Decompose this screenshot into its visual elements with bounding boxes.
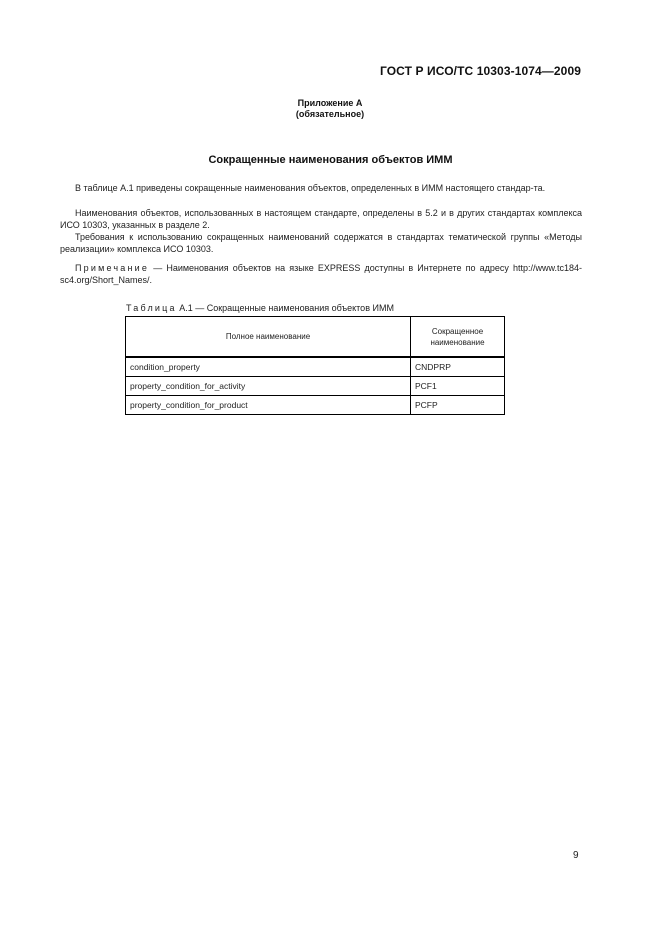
document-code: ГОСТ Р ИСО/ТС 10303-1074—2009 [380,64,581,78]
table-row: condition_property CNDPRP [126,357,505,377]
table-row: property_condition_for_product PCFP [126,396,505,415]
table-row: property_condition_for_activity PCF1 [126,377,505,396]
full-name-cell: condition_property [126,357,411,377]
table-caption: Таблица А.1 — Сокращенные наименования о… [126,303,394,313]
full-name-cell: property_condition_for_product [126,396,411,415]
appendix-status: (обязательное) [250,109,410,120]
full-name-cell: property_condition_for_activity [126,377,411,396]
page-number: 9 [573,850,579,861]
short-names-table: Полное наименование Сокращенное наименов… [125,316,505,415]
note: Примечание — Наименования объектов на яз… [60,262,582,286]
short-name-cell: PCF1 [411,377,505,396]
appendix-title: Приложение А [250,98,410,109]
short-name-cell: CNDPRP [411,357,505,377]
short-name-cell: PCFP [411,396,505,415]
table-caption-text: А.1 — Сокращенные наименования объектов … [179,303,394,313]
appendix-heading: Приложение А (обязательное) [250,98,410,120]
column-header-short-name: Сокращенное наименование [411,317,505,358]
paragraph-1: В таблице А.1 приведены сокращенные наим… [60,182,582,194]
paragraph-3: Требования к использованию сокращенных н… [60,231,582,255]
table-header-row: Полное наименование Сокращенное наименов… [126,317,505,358]
paragraph-2: Наименования объектов, использованных в … [60,207,582,231]
table-caption-label: Таблица [126,303,177,313]
column-header-full-name: Полное наименование [126,317,411,358]
note-label: Примечание [75,263,149,273]
section-title: Сокращенные наименования объектов ИММ [0,154,661,166]
